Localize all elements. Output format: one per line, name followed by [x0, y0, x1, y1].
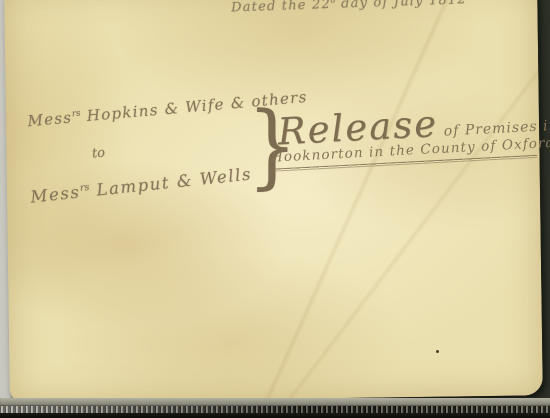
- measuring-ruler: [0, 398, 550, 418]
- ink-spot: [436, 350, 439, 353]
- ruler-base: [0, 413, 550, 418]
- parchment-sheet: [4, 0, 543, 403]
- party-connector: to: [91, 145, 105, 161]
- document-scan: Dated the 22d day of July 1812 Messrs Ho…: [0, 0, 550, 418]
- ruler-face: [0, 398, 550, 406]
- ruler-tick-marks: [0, 406, 550, 413]
